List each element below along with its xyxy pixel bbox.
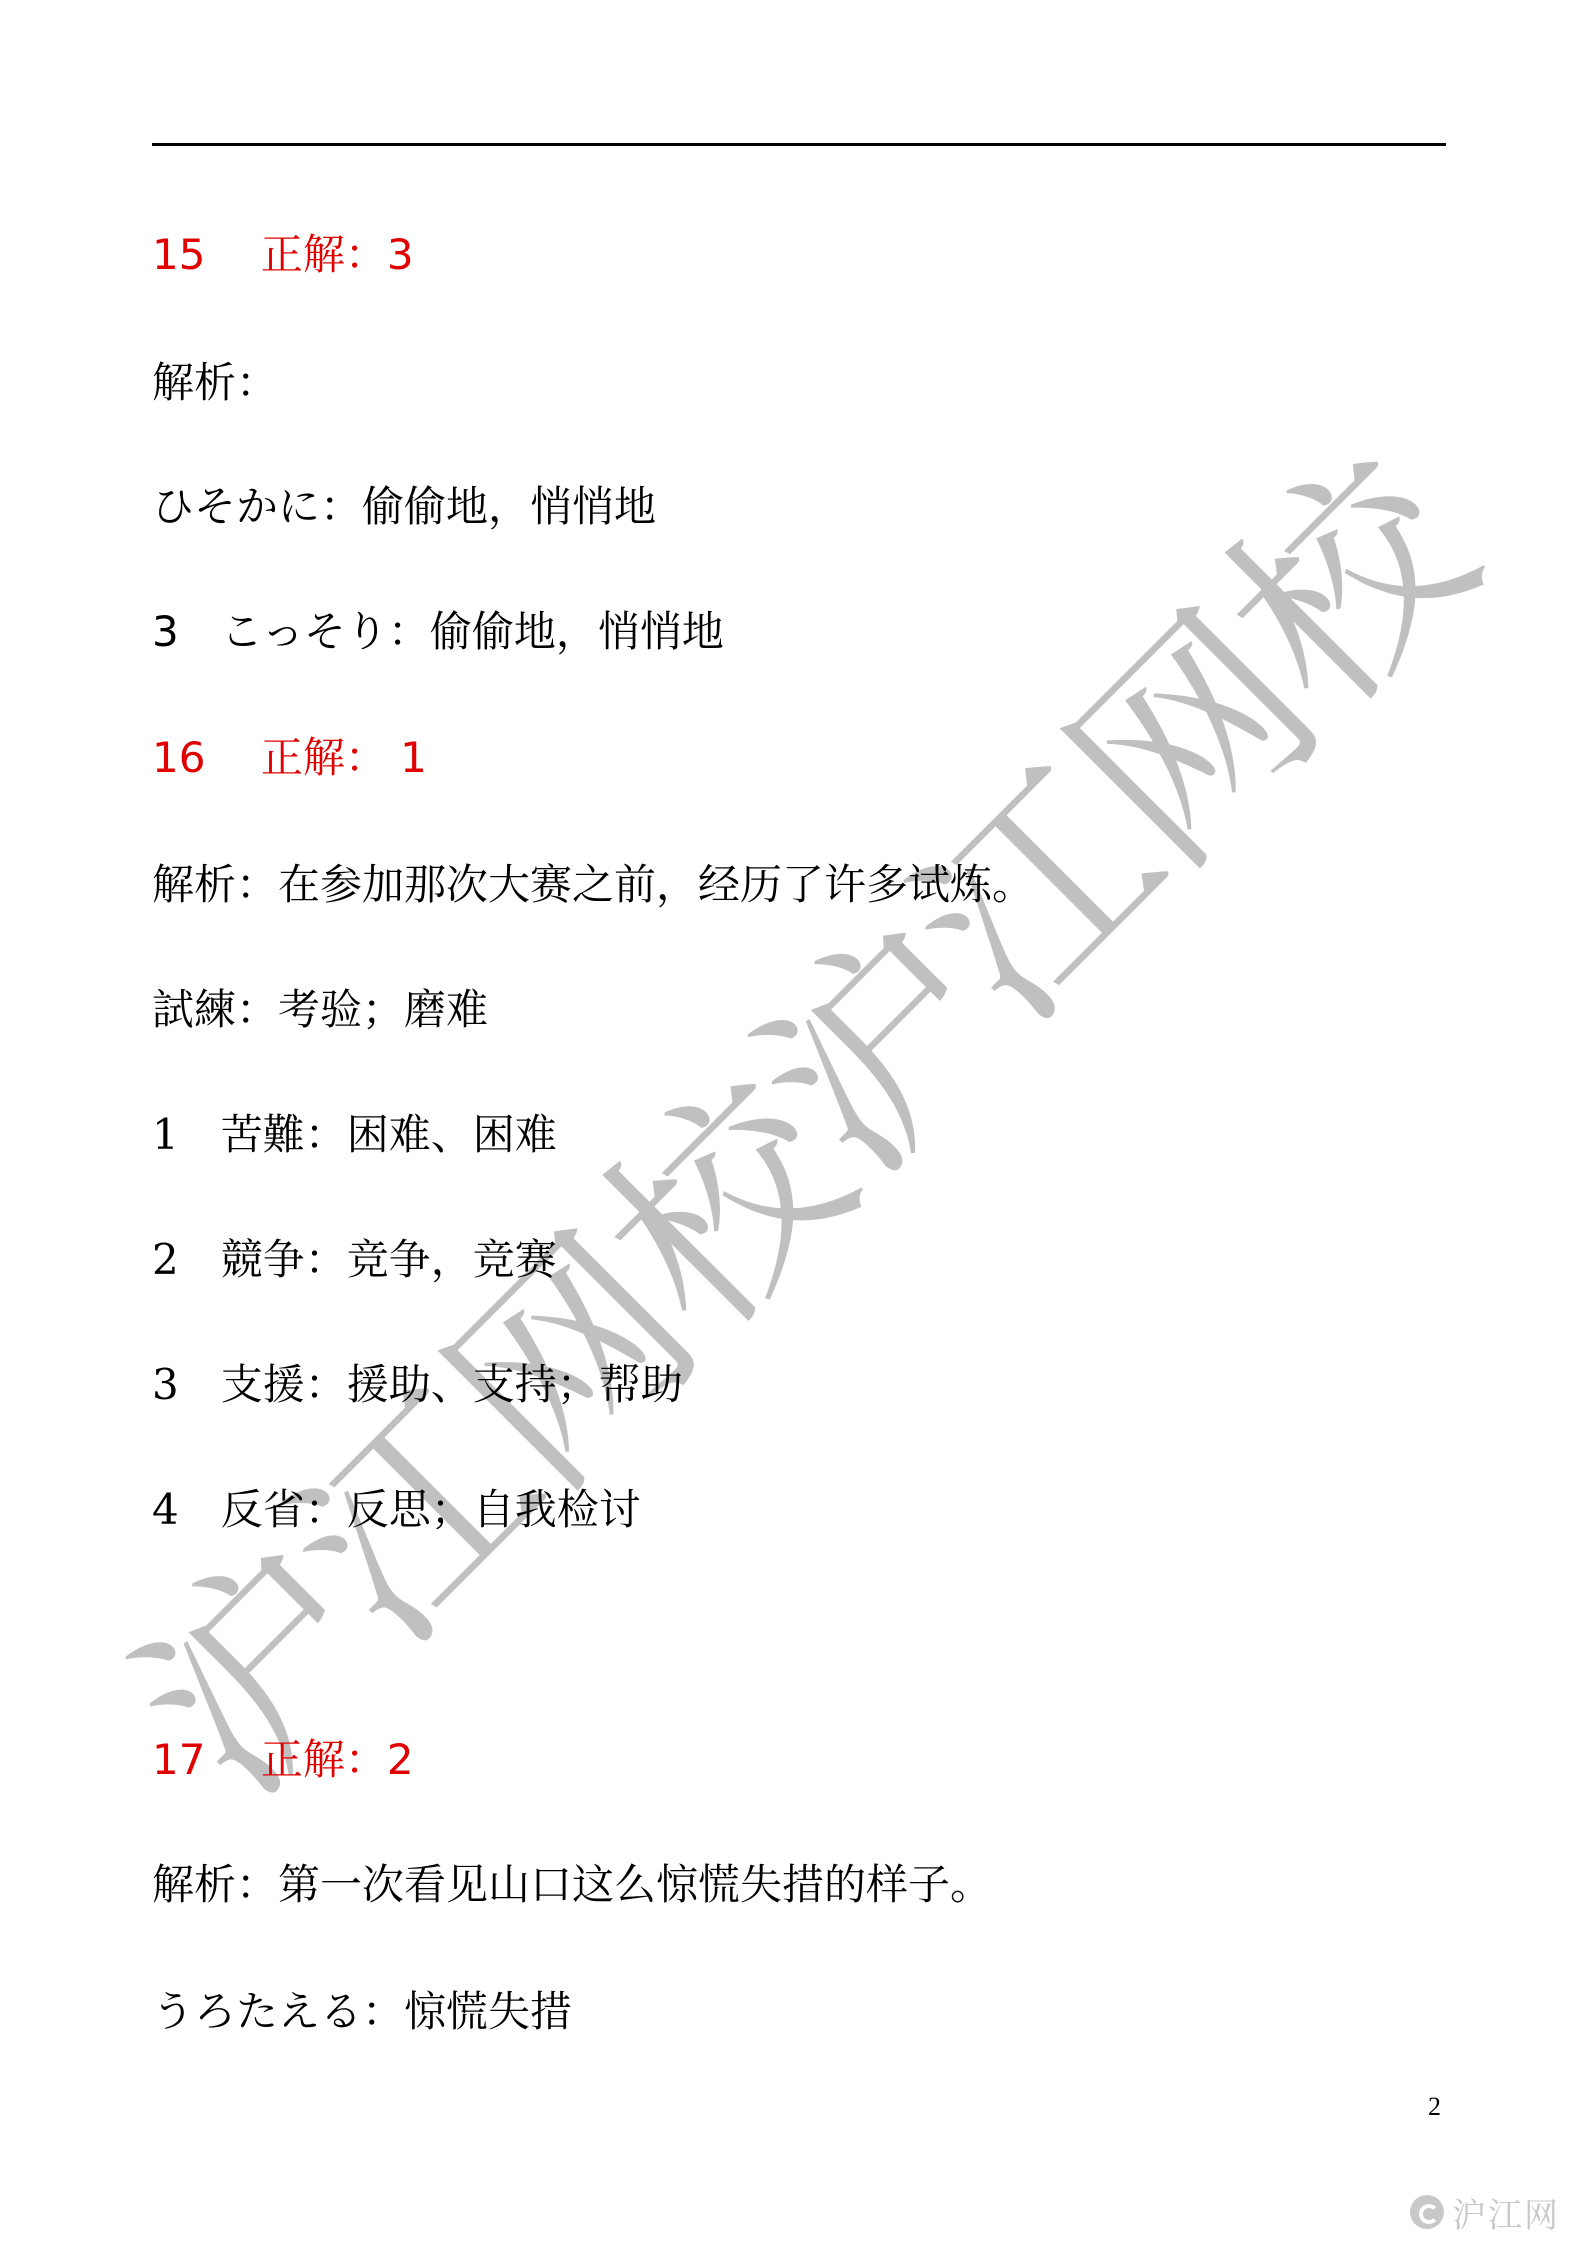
line-text: 竞争，竞赛 (347, 1235, 557, 1284)
option-line: 3 こっそり：偷偷地，悄悄地 (152, 607, 724, 657)
line-label: 試練： (152, 985, 278, 1034)
header-rule (152, 143, 1446, 146)
line-text: 困难、困难 (347, 1110, 557, 1159)
analysis-line: 解析： (152, 358, 278, 408)
option-line: 4 反省：反思；自我检讨 (152, 1485, 641, 1535)
option-line: 1 苦難：困难、困难 (152, 1110, 557, 1160)
line-label: 解析： (152, 1860, 278, 1909)
document-page: 15 正解：3 解析： ひそかに：偷偷地，悄悄地 3 こっそり：偷偷地，悄悄地 … (0, 0, 1587, 2245)
line-text: 惊慌失措 (404, 1987, 572, 2036)
hujiang-logo-icon (1410, 2195, 1444, 2229)
option-line: 3 支援：援助、支持；帮助 (152, 1360, 683, 1410)
logo-text: 沪江网 (1452, 2188, 1560, 2237)
line-label: 4 反省： (152, 1485, 347, 1534)
line-label: 3 こっそり： (152, 607, 430, 656)
analysis-line: 解析：第一次看见山口这么惊慌失措的样子。 (152, 1860, 992, 1910)
line-label: 3 支援： (152, 1360, 347, 1409)
answer-heading-17: 17 正解：2 (152, 1735, 414, 1785)
line-label: 解析： (152, 860, 278, 909)
line-text: 在参加那次大赛之前，经历了许多试炼。 (278, 860, 1034, 909)
line-text: 反思；自我检讨 (347, 1485, 641, 1534)
line-text: 偷偷地，悄悄地 (362, 482, 656, 531)
answer-label: 正解：3 (261, 230, 414, 279)
answer-label: 正解： 1 (261, 733, 427, 782)
line-text: 援助、支持；帮助 (347, 1360, 683, 1409)
answer-label: 正解：2 (261, 1735, 414, 1784)
option-line: 2 競争：竞争，竞赛 (152, 1235, 557, 1285)
answer-heading-16: 16 正解： 1 (152, 733, 427, 783)
vocab-line: ひそかに：偷偷地，悄悄地 (152, 482, 656, 532)
vocab-line: うろたえる：惊慌失措 (152, 1987, 572, 2037)
line-label: うろたえる： (152, 1987, 404, 2036)
analysis-line: 解析：在参加那次大赛之前，经历了许多试炼。 (152, 860, 1034, 910)
line-label: ひそかに： (152, 482, 362, 531)
line-text: 考验；磨难 (278, 985, 488, 1034)
question-number: 15 (152, 230, 205, 279)
line-label: 2 競争： (152, 1235, 347, 1284)
vocab-line: 試練：考验；磨难 (152, 985, 488, 1035)
line-text: 偷偷地，悄悄地 (430, 607, 724, 656)
line-label: 解析： (152, 358, 278, 407)
hujiang-logo: 沪江网 (1410, 2190, 1560, 2234)
answer-heading-15: 15 正解：3 (152, 230, 414, 280)
question-number: 17 (152, 1735, 205, 1784)
line-label: 1 苦難： (152, 1110, 347, 1159)
line-text: 第一次看见山口这么惊慌失措的样子。 (278, 1860, 992, 1909)
page-number: 2 (1428, 2092, 1441, 2122)
question-number: 16 (152, 733, 205, 782)
